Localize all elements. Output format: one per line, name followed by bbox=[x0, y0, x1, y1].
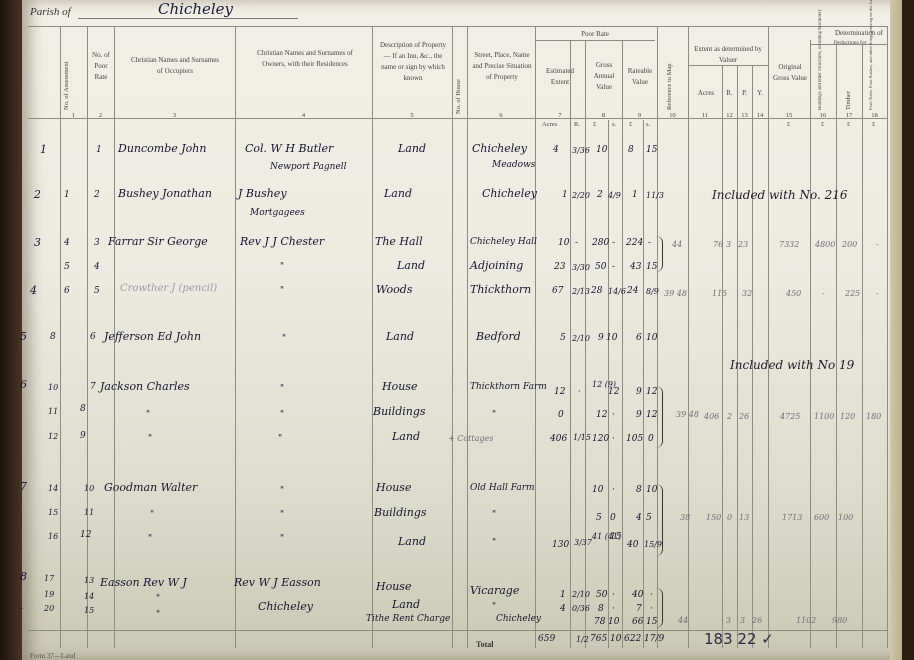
deduction-timber: 225 bbox=[845, 289, 860, 298]
gross-shillings: 10 bbox=[608, 617, 619, 627]
deduction-buildings: - bbox=[822, 289, 825, 298]
total-gross: 765 10 bbox=[590, 634, 622, 644]
occupier-name: Goodman Walter bbox=[104, 481, 197, 494]
valuer-acres: 3 bbox=[726, 616, 731, 625]
owner-ditto: " bbox=[280, 534, 284, 544]
rateable-pounds: 43 bbox=[630, 262, 641, 272]
owner-ditto: " bbox=[282, 334, 286, 344]
col-divider bbox=[372, 26, 373, 648]
gross-shillings: 12 bbox=[608, 387, 619, 397]
gross-shillings: · bbox=[612, 604, 615, 614]
occupier-name: Bushey Jonathan bbox=[118, 187, 212, 200]
prior-number: 1 bbox=[64, 190, 70, 200]
gross-shillings: 15 bbox=[610, 532, 621, 542]
header-p: P. bbox=[737, 88, 752, 99]
place-ditto: " bbox=[492, 410, 496, 420]
grand-total: 183 22 ✓ bbox=[704, 630, 774, 648]
poor-rate-number: 11 bbox=[84, 508, 94, 517]
prior-number: 14 bbox=[48, 484, 58, 493]
header-extent-valuer: Extent as determined by Valuer bbox=[690, 44, 766, 66]
parish-underline bbox=[78, 18, 298, 19]
extent-acres: 67 bbox=[552, 286, 563, 296]
rateable-shillings: 15/9 bbox=[644, 540, 662, 549]
valuer-acres: 76 bbox=[713, 240, 723, 249]
deduction-buildings: 1100 bbox=[814, 412, 834, 421]
total-label: Total bbox=[476, 640, 494, 649]
extent-roods: 2/10 bbox=[572, 590, 590, 599]
valuer-acres: 406 bbox=[704, 412, 719, 421]
poor-rate-number: 9 bbox=[80, 431, 86, 441]
col-divider bbox=[467, 26, 468, 648]
page-edge bbox=[890, 0, 902, 660]
col-divider bbox=[688, 26, 689, 648]
property-description: Land bbox=[398, 535, 426, 548]
header-ref-map: Reference to Map bbox=[666, 45, 673, 110]
unit-pound: £ bbox=[593, 121, 596, 128]
place-ditto: " bbox=[492, 602, 496, 612]
map-reference: 38 bbox=[680, 513, 690, 522]
prior-number: 6 bbox=[64, 286, 70, 296]
colnum: 7 bbox=[535, 112, 585, 119]
original-gross: 450 bbox=[786, 289, 801, 298]
col-divider bbox=[535, 26, 536, 648]
rateable-pounds: 8 bbox=[636, 485, 642, 495]
rateable-pounds: 8 bbox=[628, 145, 634, 155]
place-ditto: " bbox=[492, 510, 496, 520]
colnum: 5 bbox=[372, 112, 452, 119]
col-divider bbox=[643, 120, 644, 648]
owner-name: Rev W J Easson bbox=[234, 576, 321, 589]
included-note: Included with No. 216 bbox=[712, 188, 848, 202]
header-no-of-house: No. of House bbox=[455, 78, 462, 114]
header-y: Y. bbox=[752, 88, 768, 99]
gross-pounds: 2 bbox=[597, 190, 603, 200]
colnum: 12 bbox=[722, 112, 737, 119]
rateable-shillings: - bbox=[648, 238, 651, 248]
gross-shillings: 4/9 bbox=[608, 191, 621, 200]
map-reference: 44 bbox=[678, 616, 688, 625]
gross-shillings: - bbox=[612, 262, 615, 272]
extent-roods: 2/13 bbox=[572, 287, 590, 296]
property-description: House bbox=[382, 380, 417, 393]
gross-pounds: 28 bbox=[591, 286, 602, 296]
extent-roods: 2/20 bbox=[572, 191, 590, 200]
rateable-shillings: 15 bbox=[646, 617, 657, 627]
property-description: Buildings bbox=[374, 506, 427, 519]
extent-acres: 1 bbox=[560, 590, 566, 600]
gross-pounds: 12 bbox=[596, 410, 607, 420]
extent-roods: 0/36 bbox=[572, 604, 590, 613]
extent-roods: - bbox=[575, 238, 578, 248]
owner-residence: Chicheley bbox=[258, 600, 313, 613]
gross-pounds: 8 bbox=[598, 604, 604, 614]
col-divider bbox=[768, 26, 769, 648]
col-divider bbox=[752, 65, 753, 648]
header-poor-rate-no: No. of Poor Rate bbox=[88, 50, 114, 83]
prior-number: 11 bbox=[48, 407, 58, 416]
property-place: Vicarage bbox=[470, 584, 519, 597]
poor-rate-number: 12 bbox=[80, 530, 91, 540]
unit-pound: £ bbox=[872, 121, 875, 128]
assessment-number: 6 bbox=[20, 378, 27, 391]
rateable-shillings: 0 bbox=[648, 434, 654, 444]
gross-shillings: · bbox=[612, 410, 615, 420]
header-street-place: Street, Place, Name and Precise Situatio… bbox=[470, 50, 534, 83]
extent-roods: 2/10 bbox=[572, 334, 590, 343]
property-place: Adjoining bbox=[470, 259, 523, 272]
property-place: Chicheley bbox=[472, 142, 527, 155]
owner-ditto: " bbox=[280, 486, 284, 496]
col-divider bbox=[836, 44, 837, 648]
owner-ditto: " bbox=[278, 434, 282, 444]
rateable-shillings: 10 bbox=[646, 333, 657, 343]
prior-number: 19 bbox=[44, 590, 54, 599]
prior-number: 4 bbox=[64, 238, 70, 248]
property-place: Chicheley bbox=[496, 614, 541, 624]
gross-shillings: 10 bbox=[606, 333, 617, 343]
deduction-timber: 100 bbox=[838, 513, 853, 522]
form-footer: Form 37—Land bbox=[30, 652, 75, 660]
valuer-poles: 26 bbox=[739, 412, 749, 421]
rateable-shillings: 11/3 bbox=[646, 191, 664, 200]
gross-shillings: 14/6 bbox=[608, 287, 626, 296]
extent-acres: 4 bbox=[553, 145, 559, 155]
prior-number: 10 bbox=[48, 383, 58, 392]
gross-pounds: 50 bbox=[595, 262, 606, 272]
colnum: 8 bbox=[585, 112, 622, 119]
rateable-shillings: · bbox=[650, 604, 653, 614]
extent-roods: 3/36 bbox=[572, 146, 590, 155]
place-ditto: " bbox=[492, 538, 496, 548]
valuer-roods: 3 bbox=[740, 616, 745, 625]
property-description: Land bbox=[398, 142, 426, 155]
property-description: Land bbox=[386, 330, 414, 343]
occupier-name: Farrar Sir George bbox=[108, 235, 208, 248]
total-acres: 659 bbox=[538, 634, 555, 644]
extent-acres: 5 bbox=[560, 333, 566, 343]
poor-rate-number: 5 bbox=[94, 286, 100, 296]
rateable-pounds: 24 bbox=[627, 286, 638, 296]
gross-shillings: - bbox=[612, 238, 615, 248]
poor-rate-number: 3 bbox=[94, 238, 100, 248]
deduction-buildings: 980 bbox=[832, 616, 847, 625]
total-roods: 1/2 bbox=[576, 635, 589, 644]
gross-shillings: · bbox=[612, 590, 615, 600]
occupier-ditto: " bbox=[156, 594, 160, 604]
extent-roods: 3/30 bbox=[572, 263, 590, 272]
occupier-ditto: " bbox=[148, 534, 152, 544]
rateable-pounds: 66 bbox=[632, 617, 643, 627]
property-place: Chicheley Hall bbox=[470, 237, 537, 247]
book-binding bbox=[0, 0, 22, 660]
poor-rate-number: 13 bbox=[84, 576, 94, 585]
header-buildings: Buildings and other Structures, includin… bbox=[818, 48, 823, 110]
extent-roods: 3/37 bbox=[574, 538, 592, 547]
property-description: Land bbox=[392, 598, 420, 611]
header-poor-rate-group: Poor Rate bbox=[565, 29, 625, 40]
prior-number: 5 bbox=[64, 262, 70, 272]
owner-ditto: " bbox=[280, 384, 284, 394]
property-description: The Hall bbox=[375, 235, 423, 248]
property-description: Land bbox=[384, 187, 412, 200]
property-note: + Cottages bbox=[448, 434, 493, 443]
included-note: Included with No 19 bbox=[730, 358, 854, 372]
prior-number: 15 bbox=[48, 508, 58, 517]
colnum: 16 bbox=[810, 112, 836, 119]
poor-rate-number: 10 bbox=[84, 484, 94, 493]
assessment-number: 7 bbox=[20, 480, 27, 493]
poor-rate-number: 14 bbox=[84, 592, 94, 601]
deduction-fruit: - bbox=[876, 240, 879, 249]
property-description: House bbox=[376, 481, 411, 494]
property-place: Bedford bbox=[476, 330, 521, 343]
header-occupiers: Christian Names and Surnames of Occupier… bbox=[130, 55, 220, 77]
unit-shilling: s. bbox=[612, 121, 616, 128]
property-description: Tithe Rent Charge bbox=[366, 614, 450, 624]
owner-name: J Bushey bbox=[238, 187, 287, 200]
deduction-timber: 200 bbox=[842, 240, 857, 249]
colnum: 6 bbox=[467, 112, 535, 119]
unit-shilling: s. bbox=[646, 121, 650, 128]
assessment-number: 4 bbox=[30, 284, 37, 297]
deduction-fruit: - bbox=[876, 289, 879, 298]
gross-pounds: 78 bbox=[594, 617, 605, 627]
occupier-ditto: " bbox=[148, 434, 152, 444]
gross-shillings: · bbox=[612, 434, 615, 444]
col-divider bbox=[862, 44, 863, 648]
original-gross: 4725 bbox=[780, 412, 800, 421]
colnum: 14 bbox=[752, 112, 768, 119]
header-deductions: Deductions for bbox=[815, 38, 885, 49]
colnum: 9 bbox=[622, 112, 657, 119]
property-description: Land bbox=[397, 259, 425, 272]
header-assessment: No. of Assessment bbox=[63, 60, 70, 110]
occupier-name: Jackson Charles bbox=[100, 380, 190, 393]
col-divider bbox=[235, 26, 236, 648]
rateable-pounds: 105 bbox=[626, 434, 643, 444]
colnum: 10 bbox=[657, 112, 688, 119]
header-r: R. bbox=[722, 88, 737, 99]
header-estimated-extent: Estimated Extent bbox=[537, 66, 583, 88]
original-gross: 7332 bbox=[779, 240, 799, 249]
colnum: 4 bbox=[235, 112, 372, 119]
valuer-poles: 13 bbox=[739, 513, 749, 522]
header-rateable: Rateable Value bbox=[623, 66, 657, 88]
extent-acres: 23 bbox=[554, 262, 565, 272]
deduction-timber: 120 bbox=[840, 412, 855, 421]
col-divider bbox=[737, 65, 738, 648]
valuer-poles: 23 bbox=[738, 240, 748, 249]
header-timber: Timber bbox=[845, 88, 852, 110]
property-place: Thickthorn Farm bbox=[470, 382, 547, 392]
unit-pound: £ bbox=[629, 121, 632, 128]
gross-pounds: 9 bbox=[598, 333, 604, 343]
colnum: 3 bbox=[114, 112, 235, 119]
occupier-ditto: " bbox=[150, 510, 154, 520]
header-original-gross: Original Gross Value bbox=[770, 62, 810, 84]
rateable-pounds: 9 bbox=[636, 387, 642, 397]
owner-ditto: " bbox=[280, 410, 284, 420]
unit-pound: £ bbox=[787, 121, 790, 128]
col-divider bbox=[585, 40, 586, 648]
header-top-rule bbox=[28, 26, 888, 27]
occupier-name-pencil: Crowther J (pencil) bbox=[120, 283, 217, 294]
occupier-name: Easson Rev W J bbox=[100, 576, 187, 589]
deduction-buildings: 600 bbox=[814, 513, 829, 522]
property-description: Land bbox=[392, 430, 420, 443]
header-description: Description of Property— If an Inn, &c.,… bbox=[378, 40, 448, 84]
rateable-pounds: 224 bbox=[626, 238, 643, 248]
gross-pounds: 120 bbox=[592, 434, 609, 444]
col-divider bbox=[452, 26, 453, 648]
rateable-pounds: 7 bbox=[636, 604, 642, 614]
gross-pounds: 280 bbox=[592, 238, 609, 248]
colnum: 2 bbox=[87, 112, 114, 119]
col-divider bbox=[810, 40, 811, 648]
rateable-pounds: 4 bbox=[636, 513, 642, 523]
header-gross-annual: Gross Annual Value bbox=[587, 60, 621, 93]
valuer-acres: 115 bbox=[712, 289, 727, 298]
extent-acres: 1 bbox=[562, 190, 568, 200]
prior-number: 17 bbox=[44, 574, 54, 583]
extent-acres: 10 bbox=[558, 238, 569, 248]
gross-pounds: 10 bbox=[592, 485, 603, 495]
original-gross: 1713 bbox=[782, 513, 802, 522]
poor-rate-number: 2 bbox=[94, 190, 100, 200]
rateable-shillings: 15 bbox=[646, 145, 657, 155]
parish-name: Chicheley bbox=[158, 0, 233, 18]
poor-rate-number: 1 bbox=[96, 145, 102, 155]
deduction-buildings: 4800 bbox=[815, 240, 835, 249]
extent-acres: 12 bbox=[554, 387, 565, 397]
gross-shillings: 0 bbox=[610, 513, 616, 523]
header-owners: Christian Names and Surnames of Owners, … bbox=[250, 48, 360, 70]
original-gross: 1102 bbox=[796, 616, 816, 625]
poor-rate-number: 15 bbox=[84, 606, 94, 615]
poor-rate-number: 8 bbox=[80, 404, 86, 414]
poor-rate-number: 7 bbox=[90, 382, 96, 392]
col-divider bbox=[622, 40, 623, 648]
property-place: Thickthorn bbox=[470, 283, 531, 296]
owner-name: Col. W H Butler bbox=[245, 142, 333, 155]
poor-rate-rule bbox=[535, 40, 655, 41]
unit-roods: R. bbox=[574, 121, 580, 128]
gross-shillings: · bbox=[612, 485, 615, 495]
colnum: 18 bbox=[862, 112, 887, 119]
property-place: Old Hall Farm bbox=[470, 483, 535, 493]
valuer-roods: 0 bbox=[727, 513, 732, 522]
gross-pounds: 5 bbox=[596, 513, 602, 523]
rateable-pounds: 40 bbox=[627, 540, 638, 550]
col-divider bbox=[570, 40, 571, 648]
property-place-detail: Meadows bbox=[492, 160, 535, 170]
rateable-shillings: 8/9 bbox=[646, 287, 659, 296]
prior-number: 12 bbox=[48, 432, 58, 441]
occupier-name: Duncombe John bbox=[118, 142, 206, 155]
rateable-shillings: 5 bbox=[646, 513, 652, 523]
colnum: 11 bbox=[688, 112, 722, 119]
colnum: 17 bbox=[836, 112, 862, 119]
prior-number: 8 bbox=[50, 332, 56, 342]
deduction-fruit: 180 bbox=[866, 412, 881, 421]
parish-label: Parish of bbox=[30, 6, 71, 18]
unit-pound: £ bbox=[847, 121, 850, 128]
header-acres: Acres bbox=[690, 88, 722, 99]
assessment-number: 5 bbox=[20, 330, 27, 343]
extent-acres: 130 bbox=[552, 540, 569, 550]
map-reference: 39 48 bbox=[676, 410, 699, 419]
map-reference: 44 bbox=[672, 240, 682, 249]
property-description: Woods bbox=[376, 283, 413, 296]
rateable-pounds: 6 bbox=[636, 333, 642, 343]
extent-acres: 406 bbox=[550, 434, 567, 444]
valuer-poles: 32 bbox=[742, 289, 752, 298]
col-divider bbox=[60, 26, 61, 648]
property-place: Chicheley bbox=[482, 187, 537, 200]
col-divider bbox=[87, 26, 88, 648]
rateable-shillings: · bbox=[650, 590, 653, 600]
property-description: House bbox=[376, 580, 411, 593]
colnum: 15 bbox=[768, 112, 810, 119]
unit-pound: £ bbox=[821, 121, 824, 128]
gross-pounds: 10 bbox=[596, 145, 607, 155]
occupier-ditto: " bbox=[156, 610, 160, 620]
rateable-pounds: 1 bbox=[632, 190, 638, 200]
assessment-number: 1 bbox=[40, 143, 47, 156]
prior-number: 16 bbox=[48, 532, 58, 541]
occupier-ditto: " bbox=[146, 410, 150, 420]
header-fruit-trees: Fruit Trees, Fruit Bushes, and other thi… bbox=[868, 50, 873, 110]
extent-roods: 1/15 bbox=[573, 433, 591, 442]
colnum: 13 bbox=[737, 112, 752, 119]
extent-roods: · bbox=[578, 387, 581, 396]
owner-ditto: " bbox=[280, 262, 284, 272]
rateable-shillings: 15 bbox=[646, 262, 657, 272]
rateable-pounds: 40 bbox=[632, 590, 643, 600]
prior-number: 20 bbox=[44, 604, 54, 613]
unit-acres: Acres bbox=[542, 121, 557, 128]
extent-acres: 0 bbox=[558, 410, 564, 420]
gross-pounds: 50 bbox=[596, 590, 607, 600]
col-divider bbox=[887, 26, 888, 648]
rateable-pounds: 9 bbox=[636, 410, 642, 420]
extent-acres: 4 bbox=[560, 604, 566, 614]
valuer-poles: 26 bbox=[752, 616, 762, 625]
owner-ditto: " bbox=[280, 510, 284, 520]
map-reference: 39 48 bbox=[664, 289, 687, 298]
property-description: Buildings bbox=[373, 405, 426, 418]
poor-rate-number: 6 bbox=[90, 332, 96, 342]
poor-rate-number: 4 bbox=[94, 262, 100, 272]
valuer-roods: 2 bbox=[727, 412, 732, 421]
assessment-number: 3 bbox=[34, 236, 41, 249]
owner-name: Rev J J Chester bbox=[240, 235, 324, 248]
assessment-number: 8 bbox=[20, 570, 27, 583]
valuer-acres: 150 bbox=[706, 513, 721, 522]
owner-residence: Newport Pagnell bbox=[270, 162, 347, 172]
colnum: 1 bbox=[60, 112, 87, 119]
owner-residence: Mortgagees bbox=[250, 208, 305, 218]
total-rateable: 622 17/9 bbox=[624, 634, 664, 644]
assessment-dash: - bbox=[20, 604, 23, 614]
occupier-name: Jefferson Ed John bbox=[104, 330, 201, 343]
assessment-number: 2 bbox=[34, 188, 41, 201]
rateable-shillings: 12 bbox=[646, 410, 657, 420]
owner-ditto: " bbox=[280, 286, 284, 296]
col-divider bbox=[722, 65, 723, 648]
valuer-roods: 3 bbox=[726, 240, 731, 249]
